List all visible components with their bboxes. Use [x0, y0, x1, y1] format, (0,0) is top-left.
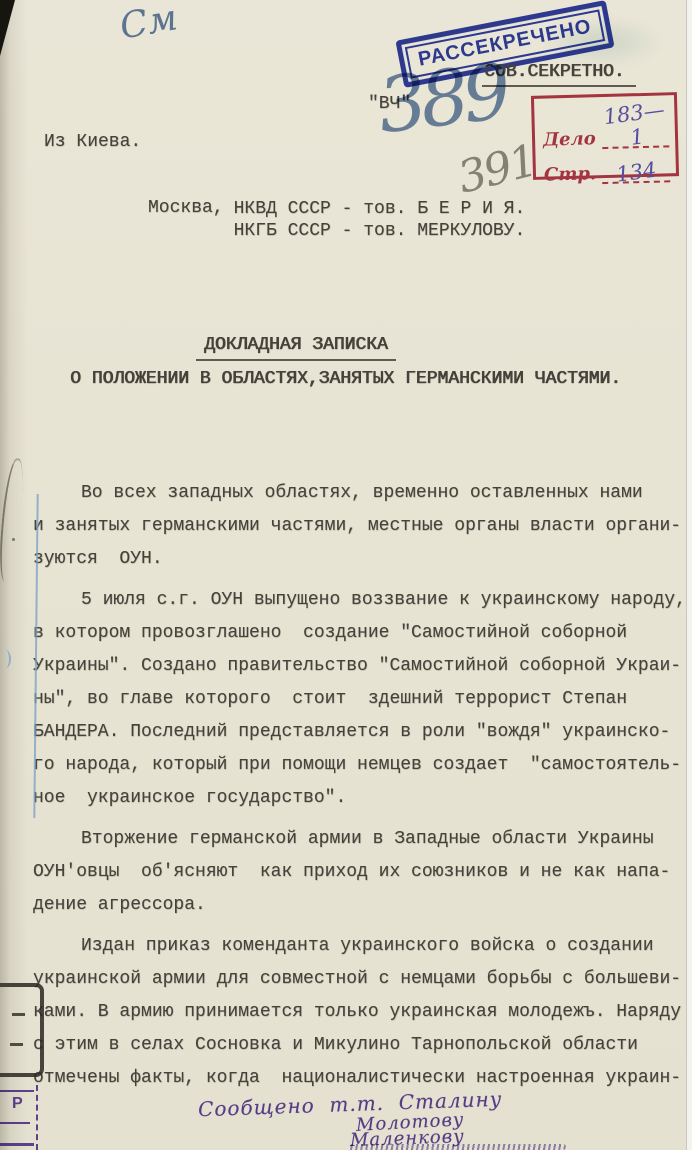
addressee-line: НКВД СССР - тов. Б Е Р И Я.: [234, 198, 526, 220]
stamp-dash: [12, 1013, 25, 1016]
document-title: ДОКЛАДНАЯ ЗАПИСКА: [196, 335, 396, 361]
stamp-rule: [0, 1122, 30, 1124]
text-line: и занятых германскими частями, местные о…: [33, 510, 688, 543]
classification-label: СОВ.СЕКРЕТНО.: [482, 62, 636, 87]
text-line: украинской армии для совместной с немцам…: [33, 963, 688, 996]
case-number-value: 183—1: [599, 97, 672, 153]
paragraph: Вторжение германской армии в Западные об…: [33, 823, 688, 922]
stamp-rule: [0, 1143, 34, 1146]
document-body: Во всех западных областях, временно оста…: [33, 477, 688, 1095]
text-line: го народа, который при помощи немцев соз…: [33, 749, 688, 782]
text-line: в котором провозглашено создание "Самост…: [33, 617, 688, 650]
margin-pencil-mark: [0, 457, 25, 582]
document-subtitle: О ПОЛОЖЕНИИ В ОБЛАСТЯХ,ЗАНЯТЫХ ГЕРМАНСКИ…: [70, 369, 621, 389]
case-page-stamp: Дело 183—1 Стр. 134: [531, 92, 679, 180]
handwritten-registration-number: 389: [373, 47, 510, 151]
stamp-dash: [10, 1043, 23, 1046]
page-number-value: 134: [615, 158, 658, 187]
scan-corner-shadow: [0, 0, 15, 56]
text-line: ками. В армию принимается только украинс…: [33, 996, 688, 1029]
text-line: ное украинское государство".: [33, 782, 688, 815]
text-line: Во всех западных областях, временно оста…: [33, 477, 688, 510]
origin-line: Из Киева.: [44, 132, 141, 152]
document-scan-page: См РАССЕКРЕЧЕНО СОВ.СЕКРЕТНО. "ВЧ" 389 Д…: [0, 0, 692, 1150]
paragraph: 5 июля с.г. ОУН выпущено воззвание к укр…: [33, 584, 688, 815]
paragraph: Во всех западных областях, временно оста…: [33, 477, 688, 576]
text-line: 5 июля с.г. ОУН выпущено воззвание к укр…: [33, 584, 688, 617]
paragraph: Издан приказ коменданта украинского войс…: [33, 930, 688, 1095]
stamp-dashed-line: [36, 1085, 38, 1150]
text-line: отмечены факты, когда националистически …: [33, 1062, 688, 1095]
text-line: БАНДЕРА. Последний представляется в роли…: [33, 716, 688, 749]
destination-city: Москва,: [148, 198, 224, 242]
text-line: зуются ОУН.: [33, 543, 688, 576]
page-number-row: Стр. 134: [544, 156, 671, 185]
text-line: Украины". Создано правительство "Самости…: [33, 650, 688, 683]
addressee-list: НКВД СССР - тов. Б Е Р И Я.НКГБ СССР - т…: [234, 198, 526, 242]
text-line: с этим в селах Сосновка и Микулино Тарно…: [33, 1029, 688, 1062]
page-label: Стр.: [544, 164, 597, 185]
margin-blue-tick: [0, 650, 11, 668]
text-line: Вторжение германской армии в Западные об…: [33, 823, 688, 856]
margin-pencil-dot: [12, 538, 15, 541]
addressee-line: НКГБ СССР - тов. МЕРКУЛОВУ.: [234, 220, 526, 242]
text-line: Издан приказ коменданта украинского войс…: [33, 930, 688, 963]
text-line: дение агрессора.: [33, 889, 688, 922]
handwritten-note-partial: [348, 1144, 566, 1150]
partial-purple-stamp: Р: [0, 1085, 44, 1150]
page-value-line: 134: [602, 156, 670, 184]
addressee-block: Москва, НКВД СССР - тов. Б Е Р И Я.НКГБ …: [148, 198, 525, 242]
case-number-row: Дело 183—1: [542, 97, 669, 150]
case-label: Дело: [543, 129, 596, 150]
case-value-line: 183—1: [601, 97, 670, 149]
handwritten-pencil-number: 391: [453, 135, 541, 203]
partial-black-stamp: [0, 983, 44, 1077]
stamp-rule: [0, 1090, 34, 1092]
text-line: ОУН'овцы об'ясняют как приход их союзник…: [33, 856, 688, 889]
handwritten-initials: См: [117, 0, 181, 48]
stamp-letter: Р: [12, 1095, 23, 1113]
text-line: ны", во главе которого стоит здешний тер…: [33, 683, 688, 716]
